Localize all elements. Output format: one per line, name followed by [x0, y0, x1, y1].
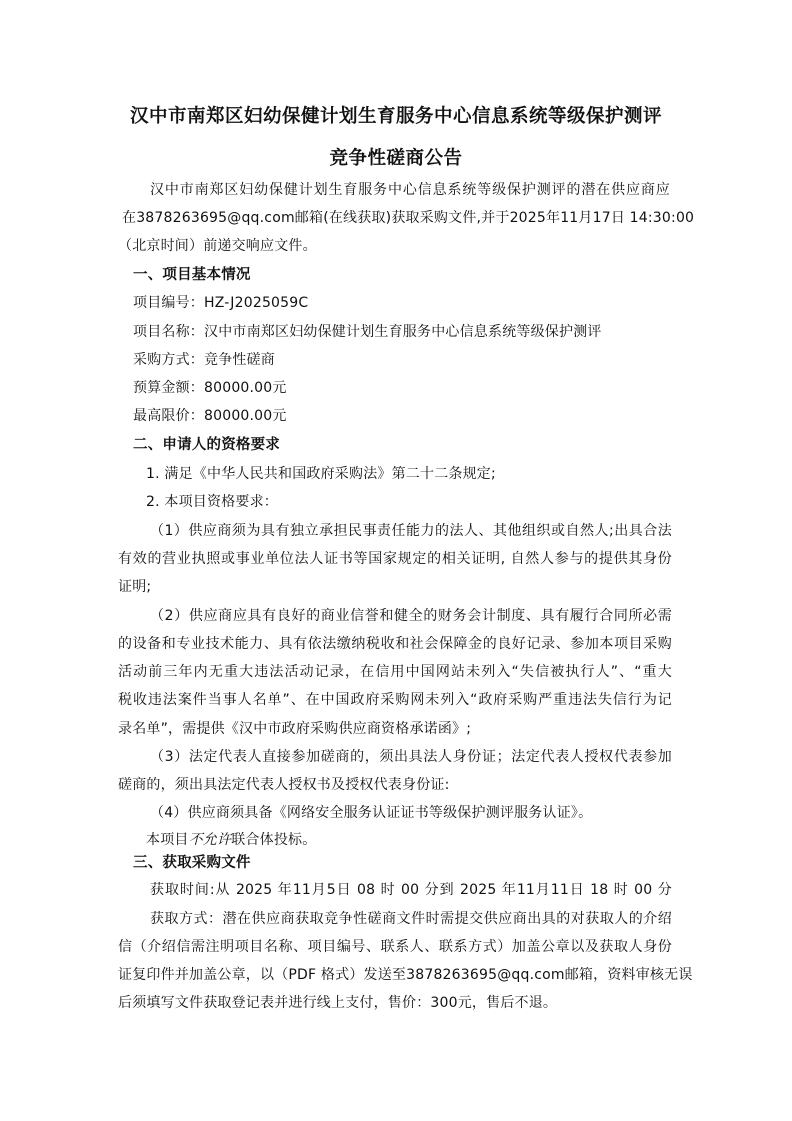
requirement-item-1: 1. 满足《中华人民共和国政府采购法》第二十二条规定; [146, 464, 496, 484]
requirement-2-line-5: 录名单”，需提供《汉中市政府采购供应商资格承诺函》; [118, 719, 471, 739]
consortium-prefix: 本项目 [146, 832, 189, 848]
requirement-2-line-2: 的设备和专业技术能力、具有依法缴纳税收和社会保障金的良好记录、参加本项目采购 [118, 634, 672, 654]
document-title: 汉中市南郑区妇幼保健计划生育服务中心信息系统等级保护测评 [0, 104, 792, 130]
consortium-not-allowed: 不允许 [189, 832, 232, 848]
requirement-1-line-1: （1）供应商须为具有独立承担民事责任能力的法人、其他组织或自然人;出具合法 [150, 521, 672, 541]
document-page: 汉中市南郑区妇幼保健计划生育服务中心信息系统等级保护测评 竞争性磋商公告 汉中市… [0, 0, 792, 1121]
requirement-1-line-2: 有效的营业执照或事业单位法人证书等国家规定的相关证明, 自然人参与的提供其身份 [118, 549, 672, 569]
procurement-method: 采购方式：竞争性磋商 [133, 350, 275, 370]
consortium-suffix: 联合体投标。 [231, 832, 316, 848]
requirement-2-line-3: 活动前三年内无重大违法活动记录，在信用中国网站未列入“失信被执行人”、“重大 [118, 662, 672, 682]
acquisition-method-line-4: 后须填写文件获取登记表并进行线上支付，售价：300元，售后不退。 [118, 993, 557, 1013]
section-3-heading: 三、获取采购文件 [133, 853, 251, 873]
project-name: 项目名称：汉中市南郑区妇幼保健计划生育服务中心信息系统等级保护测评 [133, 322, 602, 342]
requirement-item-2: 2. 本项目资格要求： [146, 492, 278, 512]
intro-line-3: （北京时间）前递交响应文件。 [118, 236, 317, 256]
acquisition-method-line-3: 证复印件并加盖公章，以（PDF 格式）发送至3878263695@qq.com邮… [118, 965, 672, 985]
budget-amount: 预算金额：80000.00元 [133, 378, 287, 398]
intro-line-1: 汉中市南郑区妇幼保健计划生育服务中心信息系统等级保护测评的潜在供应商应 [150, 180, 670, 200]
requirement-3-line-2: 磋商的，须出具法定代表人授权书及授权代表身份证: [118, 775, 450, 795]
section-2-heading: 二、申请人的资格要求 [133, 435, 280, 455]
document-subtitle: 竞争性磋商公告 [0, 146, 792, 172]
acquisition-method-line-1: 获取方式：潜在供应商获取竞争性磋商文件时需提交供应商出具的对获取人的介绍 [150, 909, 672, 929]
intro-line-2: 在3878263695@qq.com邮箱(在线获取)获取采购文件,并于2025年… [122, 208, 672, 228]
max-price: 最高限价：80000.00元 [133, 406, 287, 426]
consortium-note: 本项目不允许联合体投标。 [146, 830, 316, 850]
project-number: 项目编号：HZ-J2025059C [133, 293, 308, 313]
acquisition-time: 获取时间:从 2025 年11月5日 08 时 00 分到 2025 年11月1… [150, 880, 672, 900]
requirement-4: （4）供应商须具备《网络安全服务认证证书等级保护测评服务认证》。 [150, 803, 592, 823]
requirement-2-line-1: （2）供应商应具有良好的商业信誉和健全的财务会计制度、具有履行合同所必需 [150, 606, 672, 626]
requirement-1-line-3: 证明; [118, 577, 151, 597]
section-1-heading: 一、项目基本情况 [133, 265, 251, 285]
requirement-3-line-1: （3）法定代表人直接参加磋商的，须出具法人身份证；法定代表人授权代表参加 [150, 747, 672, 767]
requirement-2-line-4: 税收违法案件当事人名单”、在中国政府采购网未列入“政府采购严重违法失信行为记 [118, 690, 672, 710]
acquisition-method-line-2: 信（介绍信需注明项目名称、项目编号、联系人、联系方式）加盖公章以及获取人身份 [118, 937, 672, 957]
